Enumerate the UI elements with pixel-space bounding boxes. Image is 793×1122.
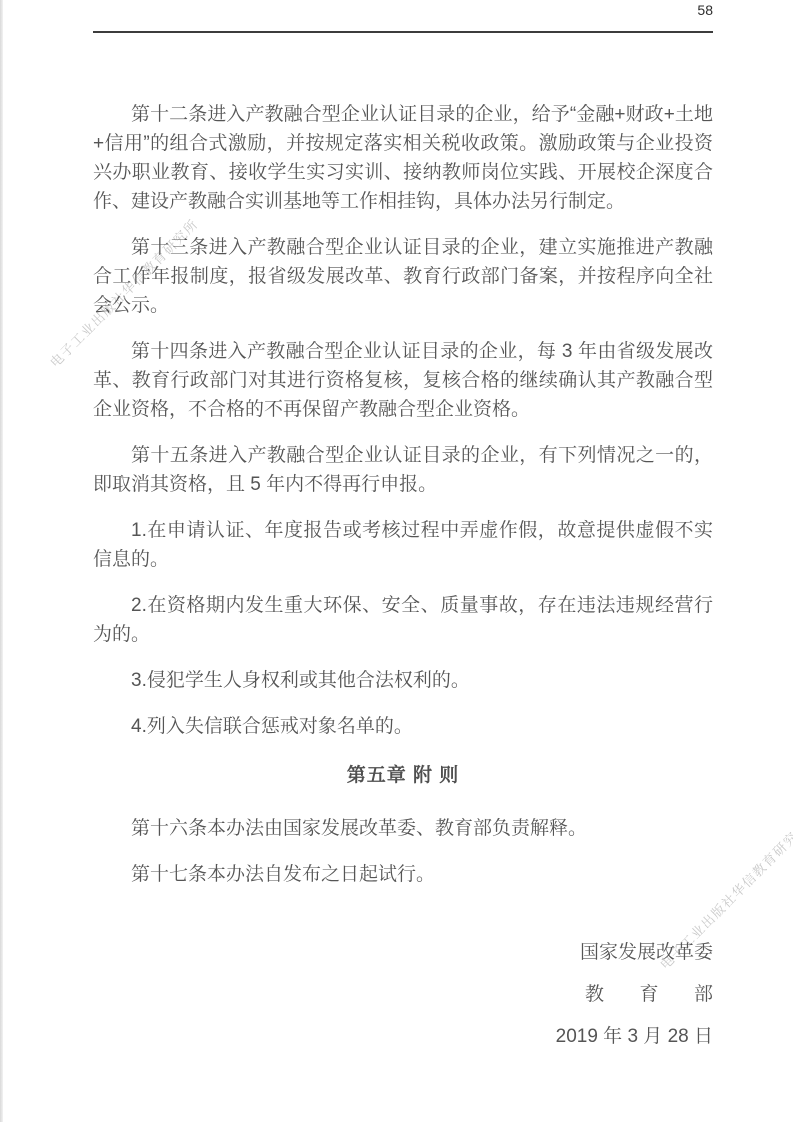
list-item-1: 1.在申请认证、年度报告或考核过程中弄虚作假，故意提供虚假不实信息的。 bbox=[93, 516, 713, 574]
signature-agency-moe-char-3: 部 bbox=[694, 985, 713, 1004]
paragraph-article-12: 第十二条进入产教融合型企业认证目录的企业，给予“金融+财政+土地+信用”的组合式… bbox=[93, 100, 713, 216]
paragraph-article-16: 第十六条本办法由国家发展改革委、教育部负责解释。 bbox=[93, 814, 713, 843]
chapter-heading: 第五章 附 则 bbox=[93, 761, 713, 790]
signature-agency-moe: 教 育 部 bbox=[93, 985, 713, 1004]
page-number: 58 bbox=[93, 2, 713, 18]
paragraph-article-14: 第十四条进入产教融合型企业认证目录的企业，每 3 年由省级发展改革、教育行政部门… bbox=[93, 337, 713, 424]
paragraph-article-13: 第十三条进入产教融合型企业认证目录的企业，建立实施推进产教融合工作年报制度，报省… bbox=[93, 233, 713, 320]
signature-date: 2019 年 3 月 28 日 bbox=[93, 1027, 713, 1046]
list-item-4: 4.列入失信联合惩戒对象名单的。 bbox=[93, 712, 713, 741]
signature-block: 国家发展改革委 教 育 部 2019 年 3 月 28 日 bbox=[93, 943, 713, 1046]
signature-agency-moe-char-1: 教 bbox=[585, 985, 604, 1004]
signature-agency-moe-char-2: 育 bbox=[639, 985, 658, 1004]
signature-agency-ndrc: 国家发展改革委 bbox=[93, 943, 713, 962]
list-item-3: 3.侵犯学生人身权利或其他合法权利的。 bbox=[93, 666, 713, 695]
document-body: 第十二条进入产教融合型企业认证目录的企业，给予“金融+财政+土地+信用”的组合式… bbox=[93, 100, 713, 1046]
document-page: 电子工业出版社华信教育研究所 电子工业出版社华信教育研究所 58 第十二条进入产… bbox=[0, 0, 793, 1122]
header-rule bbox=[93, 31, 713, 33]
paragraph-article-15: 第十五条进入产教融合型企业认证目录的企业，有下列情况之一的，即取消其资格，且 5… bbox=[93, 441, 713, 499]
list-item-2: 2.在资格期内发生重大环保、安全、质量事故，存在违法违规经营行为的。 bbox=[93, 591, 713, 649]
page-edge-shadow bbox=[0, 0, 3, 1122]
paragraph-article-17: 第十七条本办法自发布之日起试行。 bbox=[93, 860, 713, 889]
